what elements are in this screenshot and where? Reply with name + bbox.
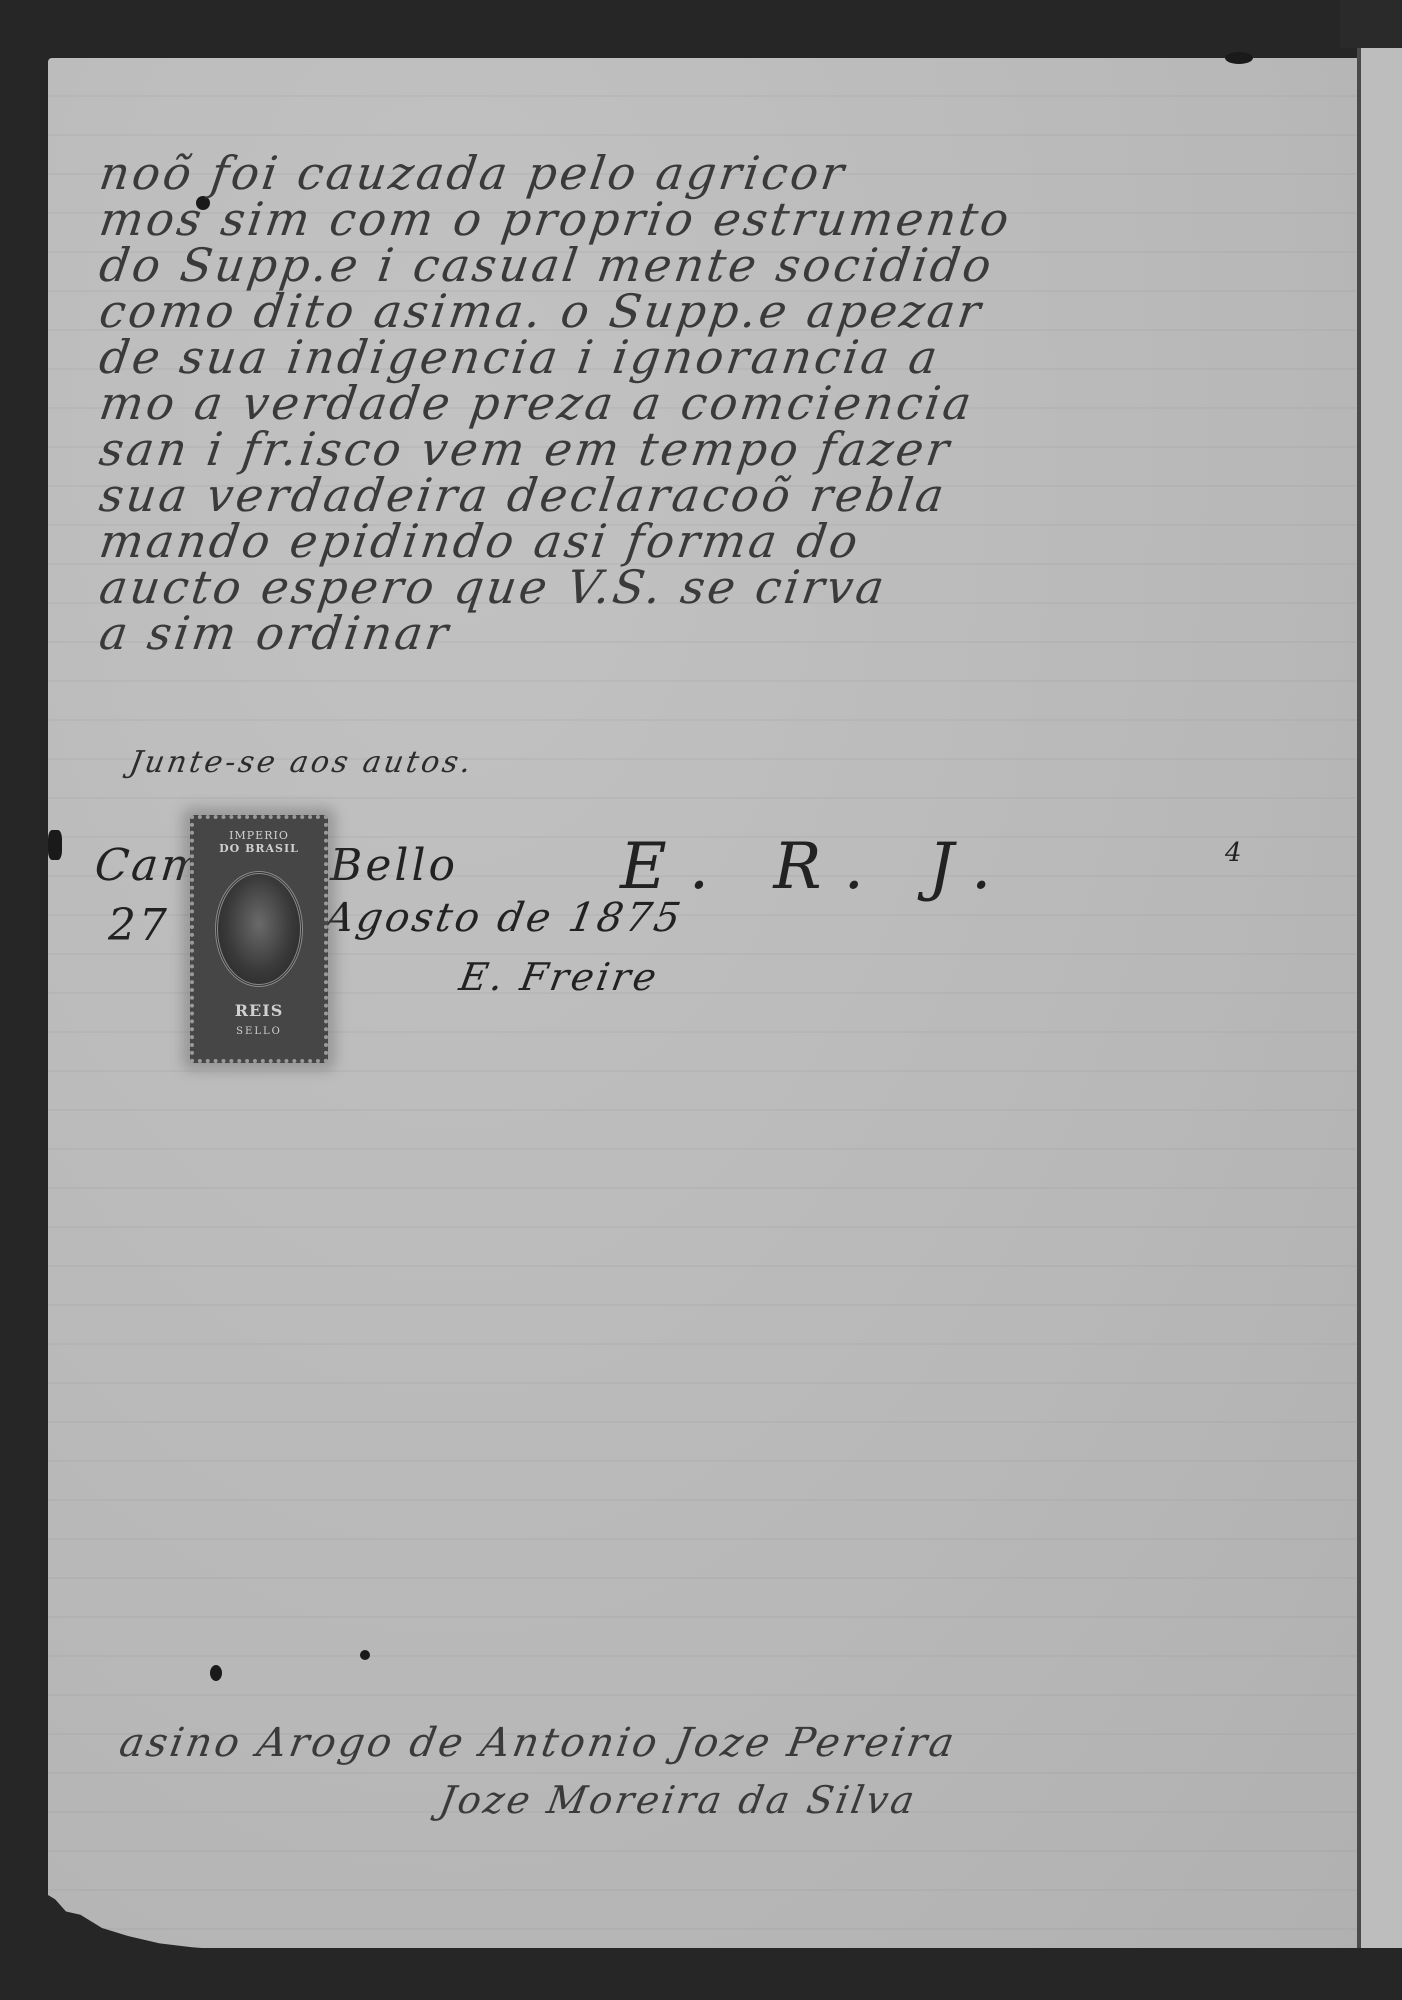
body-line: noõ foi cauzada pelo agricor <box>97 150 1015 196</box>
ink-blot <box>360 1650 370 1660</box>
body-line: sua verdadeira declaracoõ rebla <box>97 472 1015 518</box>
scan-border-top-right <box>1340 0 1402 48</box>
ink-blot <box>210 1665 222 1681</box>
revenue-stamp: IMPERIO DO BRASIL REIS SELLO <box>190 815 328 1063</box>
margin-mark: 4 <box>1225 838 1245 868</box>
emperor-portrait-icon <box>215 871 303 987</box>
stamp-header-line1: IMPERIO <box>194 829 324 842</box>
body-line: a sim ordinar <box>97 610 1015 656</box>
page-fold-line <box>1357 48 1361 1948</box>
adjacent-page-edge <box>1361 48 1402 1948</box>
body-line: san i fr.isco vem em tempo fazer <box>97 426 1015 472</box>
annotation: Junte-se aos autos. <box>127 745 477 780</box>
body-line: mo a verdade preza a comciencia <box>97 380 1015 426</box>
footer-signature-line2: Joze Moreira da Silva <box>436 1778 920 1822</box>
initials: E. R. J. <box>620 830 1013 904</box>
body-line: aucto espero que V.S. se cirva <box>97 564 1015 610</box>
stamp-value: REIS <box>194 1001 324 1020</box>
body-line: de sua indigencia i ignorancia a <box>97 334 1015 380</box>
body-line: como dito asima. o Supp.e apezar <box>97 288 1015 334</box>
ink-blot <box>1225 52 1253 64</box>
body-line: mos sim com o proprio estrumento <box>97 196 1015 242</box>
footer-signature-line1: asino Arogo de Antonio Joze Pereira <box>116 1720 960 1766</box>
place-name-part2: Bello <box>330 840 458 891</box>
stamp-footer: SELLO <box>194 1026 324 1037</box>
date-day: 27 <box>108 900 170 951</box>
ink-blot <box>48 830 62 860</box>
body-line: do Supp.e i casual mente socidido <box>97 242 1015 288</box>
petition-body: noõ foi cauzada pelo agricor mos sim com… <box>100 150 1011 656</box>
stamp-header-line2: DO BRASIL <box>194 842 324 855</box>
signature: E. Freire <box>456 955 662 999</box>
body-line: mando epidindo asi forma do <box>97 518 1015 564</box>
